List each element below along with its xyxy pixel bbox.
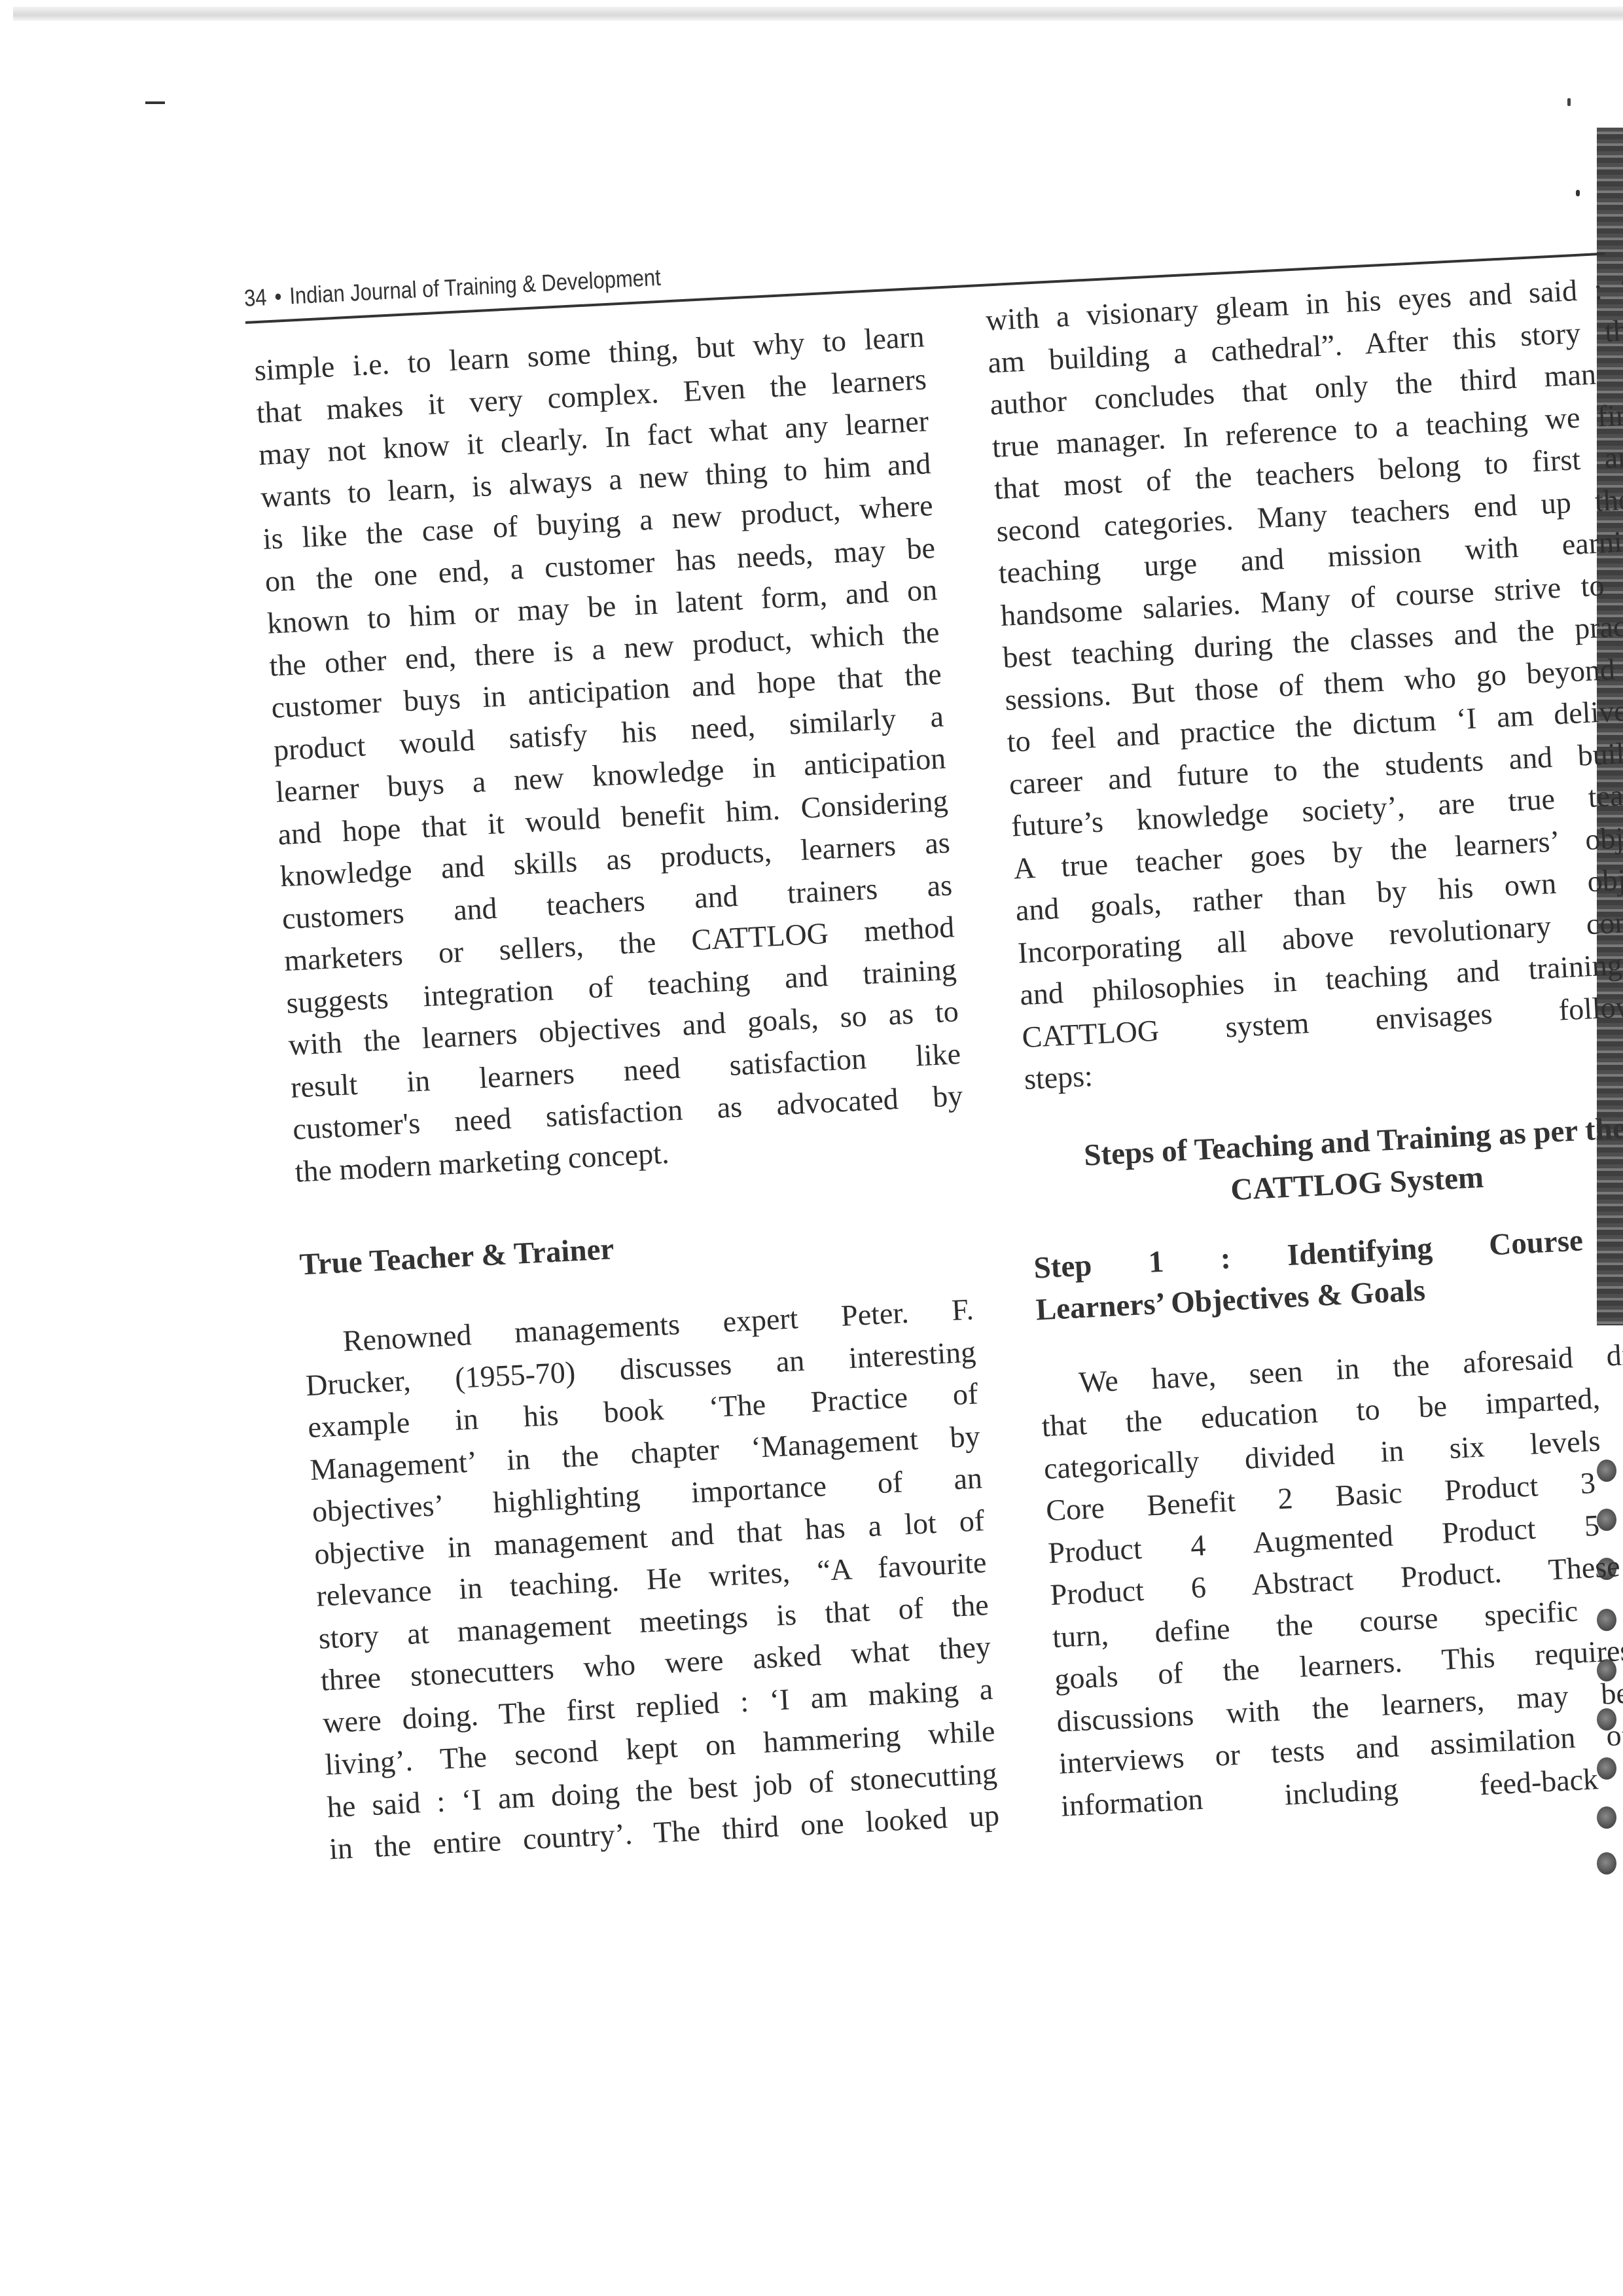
paragraph-drucker: Renowned managements expert Peter. F.Dru…	[302, 1289, 1000, 1871]
paragraph-stonecutter-conclusion: with a visionary gleam in his eyes and s…	[985, 266, 1623, 1101]
page-number: 34	[243, 283, 267, 312]
paragraph-intro: simple i.e. to learn some thing, but why…	[253, 315, 966, 1193]
crop-mark-left	[145, 101, 165, 104]
crop-mark-right	[1567, 98, 1571, 106]
bullet-separator: •	[274, 283, 282, 310]
paragraph-six-levels: We have, seen in the aforesaid discussth…	[1039, 1330, 1623, 1827]
journal-title: Indian Journal of Training & Development	[289, 264, 661, 310]
right-column: with a visionary gleam in his eyes and s…	[985, 266, 1623, 1827]
left-column: simple i.e. to learn some thing, but why…	[253, 315, 1000, 1870]
scan-top-shadow	[13, 7, 1623, 21]
journal-page: 34•Indian Journal of Training & Developm…	[242, 190, 1623, 2154]
